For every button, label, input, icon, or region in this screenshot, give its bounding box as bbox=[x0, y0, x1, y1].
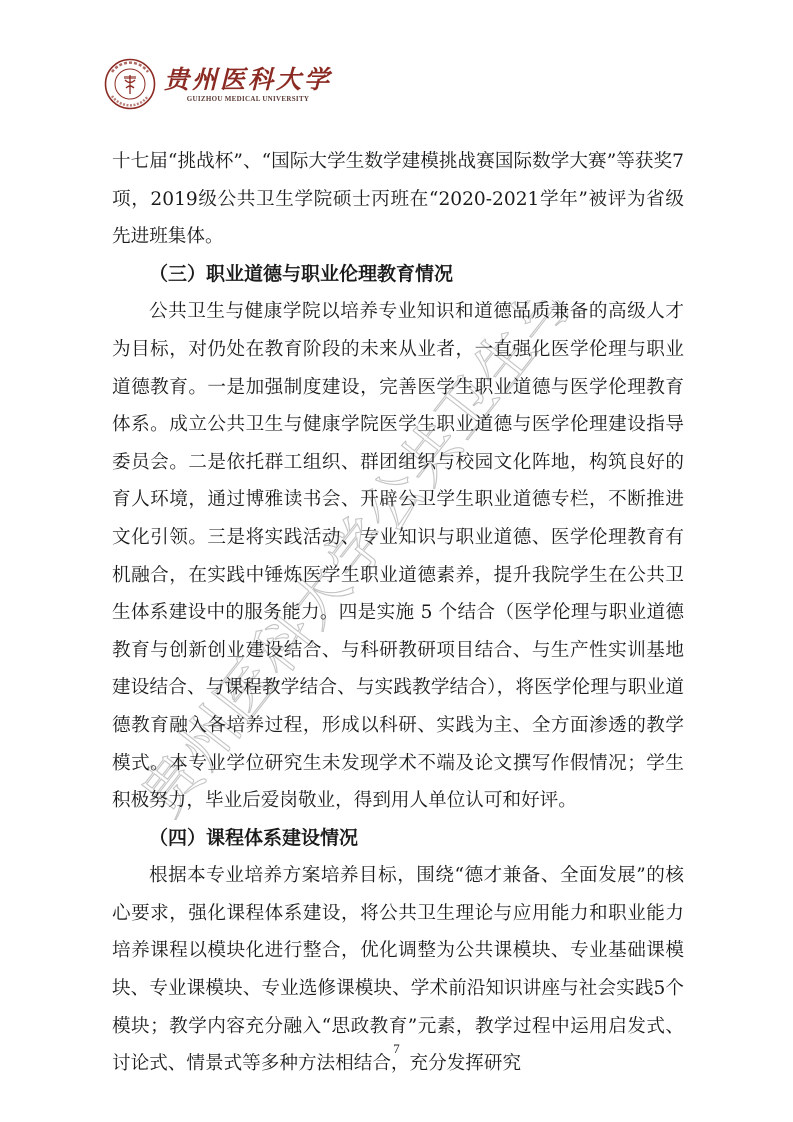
section-heading-3: （三）职业道德与职业伦理教育情况 bbox=[112, 256, 684, 294]
logo-english-name: GUIZHOU MEDICAL UNIVERSITY bbox=[187, 95, 310, 103]
university-seal-icon bbox=[104, 58, 156, 110]
document-body: 十七届“挑战杯”、“国际大学生数学建模挑战赛国际数学大赛”等获奖7项，2019级… bbox=[112, 143, 684, 1083]
paragraph-ethics-education: 公共卫生与健康学院以培养专业知识和道德品质兼备的高级人才为目标，对仍处在教育阶段… bbox=[112, 293, 684, 819]
university-logo: 贵州医科大学 GUIZHOU MEDICAL UNIVERSITY bbox=[104, 58, 332, 110]
section-heading-4: （四）课程体系建设情况 bbox=[112, 820, 684, 858]
page-number: 7 bbox=[0, 1041, 793, 1057]
paragraph-continued: 十七届“挑战杯”、“国际大学生数学建模挑战赛国际数学大赛”等获奖7项，2019级… bbox=[112, 143, 684, 256]
logo-chinese-name: 贵州医科大学 bbox=[164, 66, 332, 94]
